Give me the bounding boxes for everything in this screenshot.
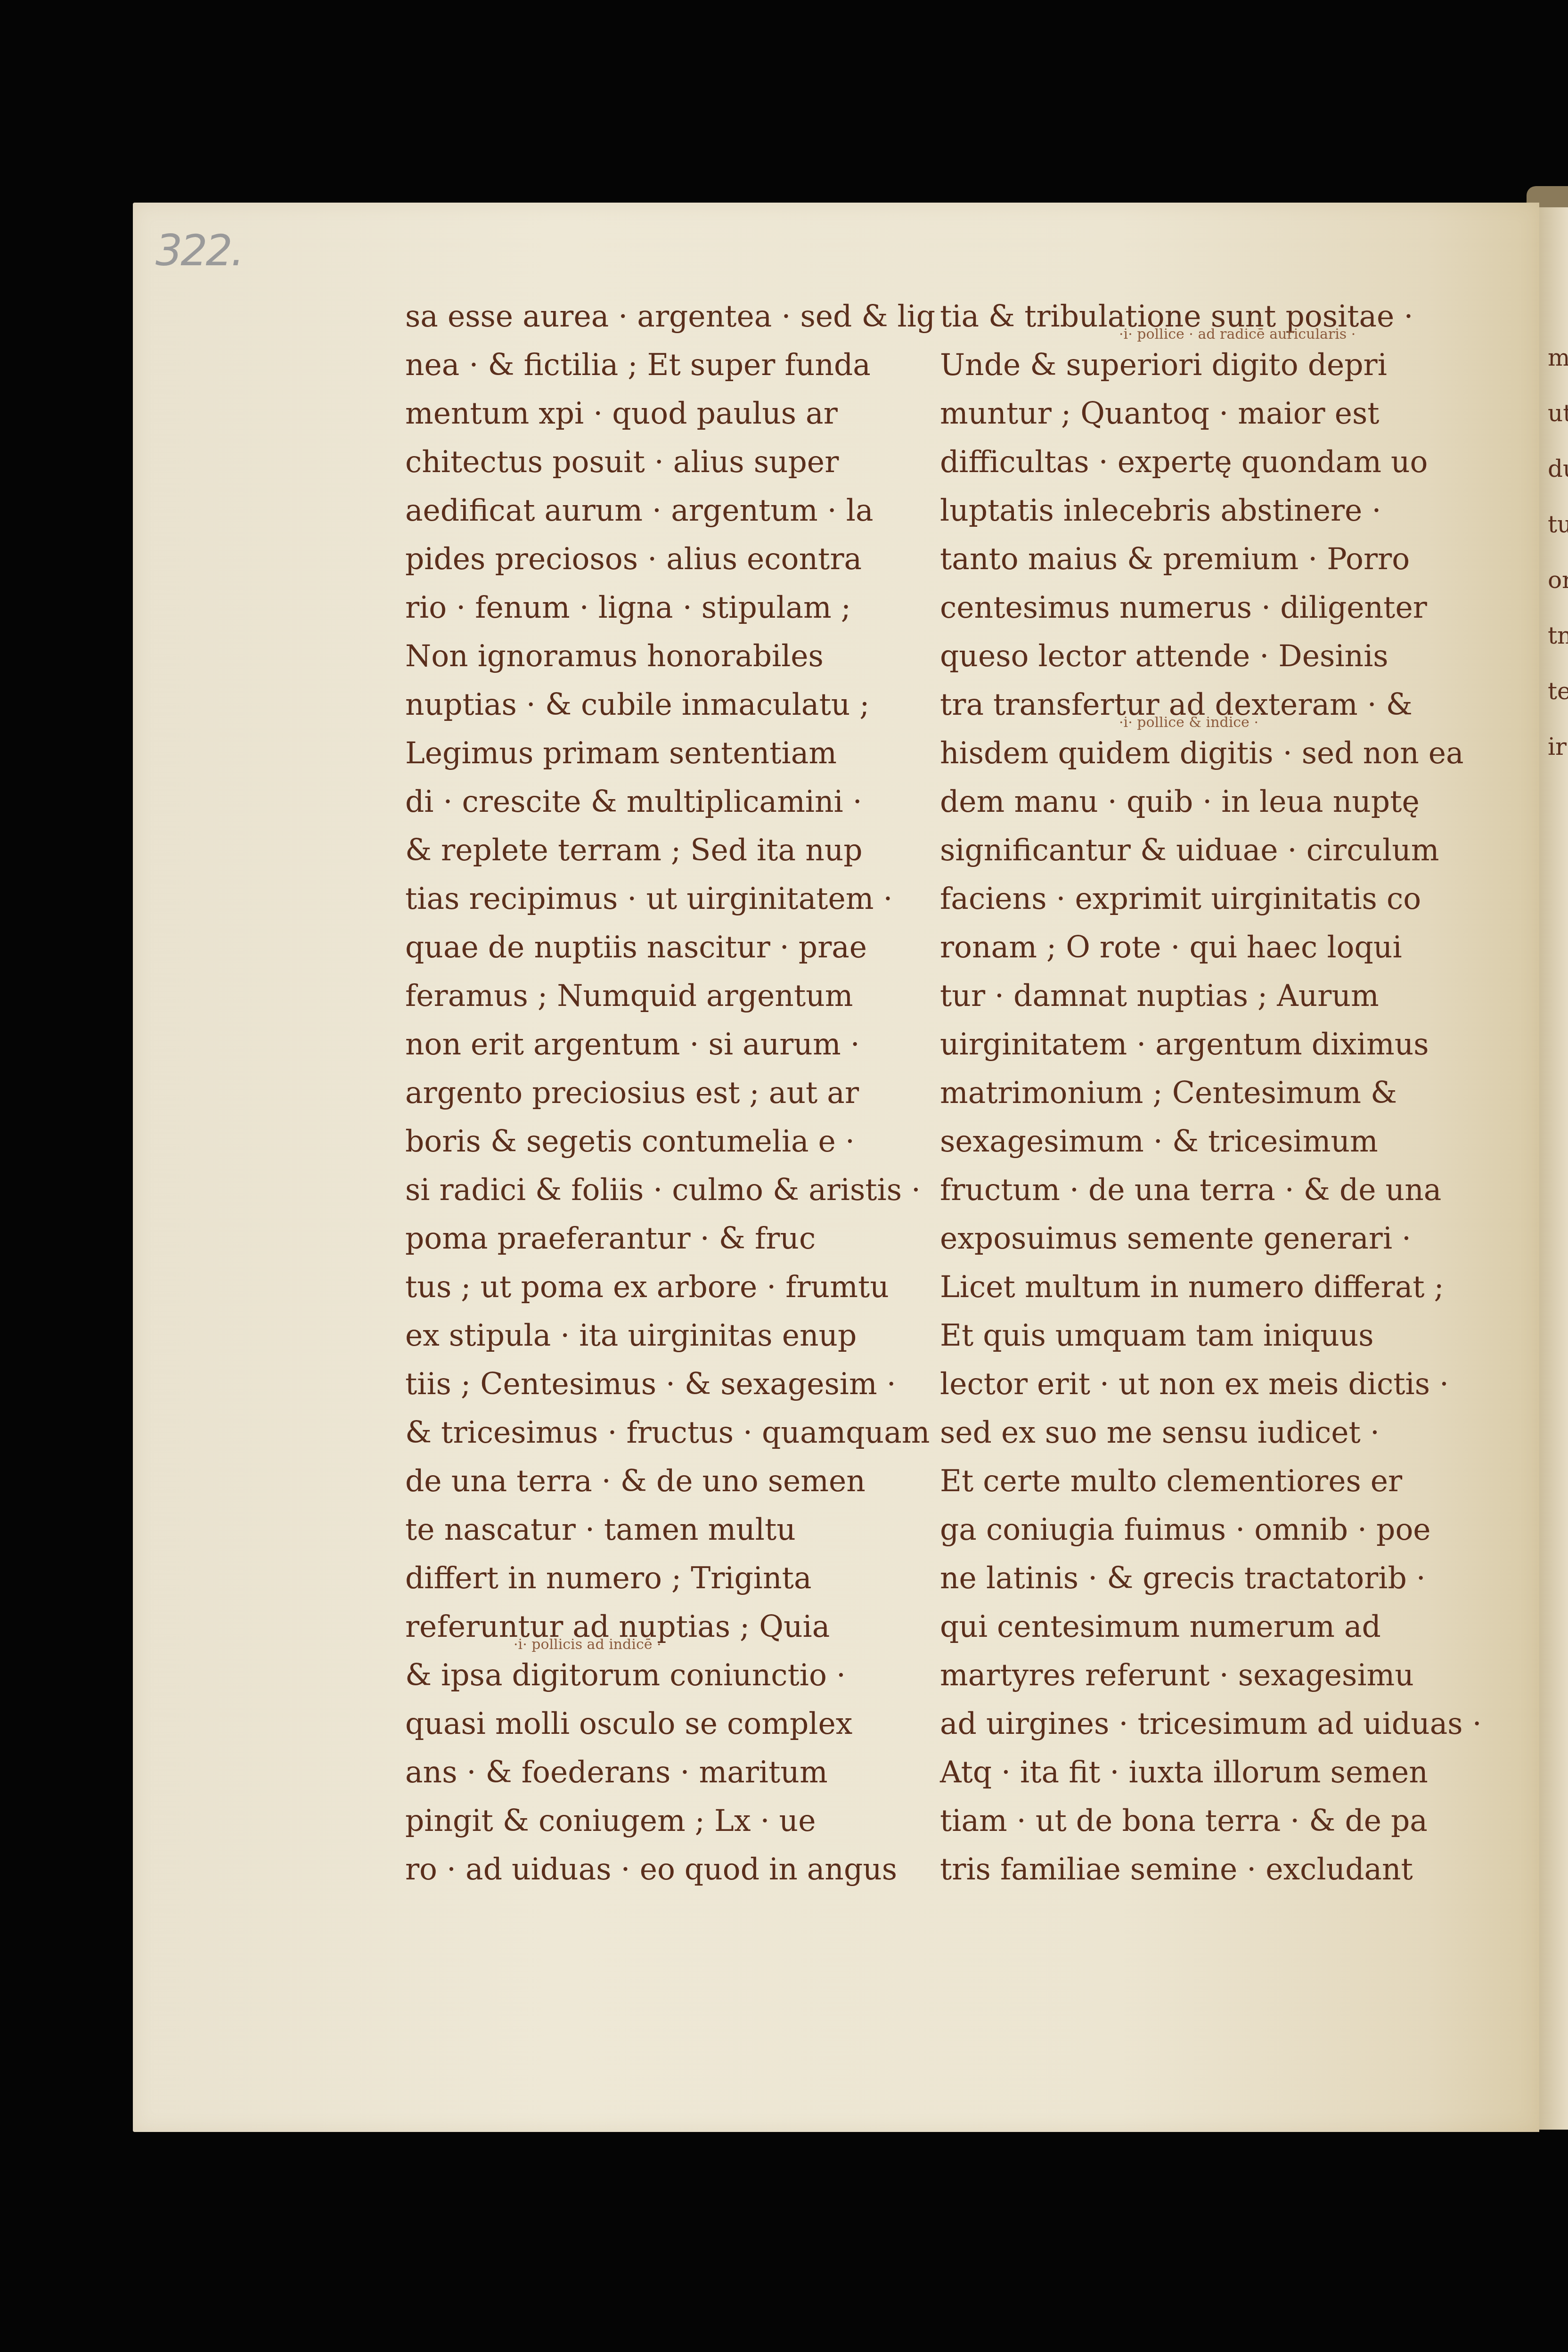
text-line: difficultas · expertę quondam uo <box>940 438 1463 486</box>
text-line: martyres referunt · sexagesimu <box>940 1651 1463 1699</box>
margin-fragment: te <box>1548 663 1568 719</box>
text-line: mentum xpi · quod paulus ar <box>405 389 905 438</box>
text-line: quae de nuptiis nascitur · prae <box>405 923 905 972</box>
text-line: significantur & uiduae · circulum <box>940 826 1463 874</box>
text-line: ex stipula · ita uirginitas enup <box>405 1311 905 1360</box>
text-line: quasi molli osculo se complex <box>405 1699 905 1748</box>
text-line: tur · damnat nuptias ; Aurum <box>940 972 1463 1020</box>
text-line: aedificat aurum · argentum · la <box>405 486 905 535</box>
text-line: tris familiae semine · excludant <box>940 1845 1463 1894</box>
text-line: si radici & foliis · culmo & aristis · <box>405 1166 905 1214</box>
margin-fragment: m <box>1548 330 1568 385</box>
text-line: & tricesimus · fructus · quamquam <box>405 1408 905 1457</box>
text-line: uirginitatem · argentum diximus <box>940 1020 1463 1069</box>
text-line: te nascatur · tamen multu <box>405 1505 905 1554</box>
text-line: hisdem quidem digitis · sed non ea <box>940 729 1463 777</box>
text-line: pides preciosos · alius econtra <box>405 535 905 583</box>
margin-fragment: du <box>1548 441 1568 497</box>
margin-fragment: or <box>1548 552 1568 608</box>
text-line: tus ; ut poma ex arbore · frumtu <box>405 1263 905 1311</box>
text-line: sed ex suo me sensu iudicet · <box>940 1408 1463 1457</box>
text-line: feramus ; Numquid argentum <box>405 972 905 1020</box>
text-line: luptatis inlecebris abstinere · <box>940 486 1463 535</box>
text-line: qui centesimum numerum ad <box>940 1602 1463 1651</box>
text-line: non erit argentum · si aurum · <box>405 1020 905 1069</box>
text-line: argento preciosius est ; aut ar <box>405 1069 905 1117</box>
text-line: ne latinis · & grecis tractatorib · <box>940 1554 1463 1602</box>
text-line: exposuimus semente generari · <box>940 1214 1463 1263</box>
text-line: queso lector attende · Desinis <box>940 632 1463 680</box>
text-line: matrimonium ; Centesimum & <box>940 1069 1463 1117</box>
text-line: nea · & fictilia ; Et super funda <box>405 341 905 389</box>
text-line: lector erit · ut non ex meis dictis · <box>940 1360 1463 1408</box>
text-line: tanto maius & premium · Porro <box>940 535 1463 583</box>
text-line: ro · ad uiduas · eo quod in angus <box>405 1845 905 1894</box>
text-line: Non ignoramus honorabiles <box>405 632 905 680</box>
text-line: rio · fenum · ligna · stipulam ; <box>405 583 905 632</box>
text-line: & ipsa digitorum coniunctio · <box>405 1651 905 1699</box>
text-line: ronam ; O rote · qui haec loqui <box>940 923 1463 972</box>
text-line: ad uirgines · tricesimum ad uiduas · <box>940 1699 1463 1748</box>
text-line: & replete terram ; Sed ita nup <box>405 826 905 874</box>
text-line: poma praeferantur · & fruc <box>405 1214 905 1263</box>
text-line: de una terra · & de uno semen <box>405 1457 905 1505</box>
margin-fragment: ir <box>1548 719 1568 775</box>
folio-number: 322. <box>155 226 242 276</box>
text-line: dem manu · quib · in leua nuptę <box>940 777 1463 826</box>
margin-fragment: ut <box>1548 385 1568 441</box>
margin-fragment: tn <box>1548 608 1568 663</box>
text-line: Et certe multo clementiores er <box>940 1457 1463 1505</box>
interlinear-gloss: ·i· pollicis ad indicē · <box>514 1638 661 1652</box>
text-line: Unde & superiori digito depri <box>940 341 1463 389</box>
text-line: di · crescite & multiplicamini · <box>405 777 905 826</box>
text-line: tiam · ut de bona terra · & de pa <box>940 1797 1463 1845</box>
text-line: ans · & foederans · maritum <box>405 1748 905 1797</box>
margin-fragment: tu <box>1548 497 1568 552</box>
interlinear-gloss: ·i· pollice · ad radicē auricularis · <box>1119 327 1356 342</box>
text-line: Et quis umquam tam iniquus <box>940 1311 1463 1360</box>
left-column: sa esse aurea · argentea · sed & lignea … <box>405 292 905 1894</box>
facing-page-margin-text: mutdutuortnteir <box>1548 330 1568 775</box>
right-column: tia & tribulatione sunt positae ·Unde & … <box>940 292 1463 1894</box>
text-line: muntur ; Quantoq · maior est <box>940 389 1463 438</box>
text-line: pingit & coniugem ; Lx · ue <box>405 1797 905 1845</box>
text-line: centesimus numerus · diligenter <box>940 583 1463 632</box>
text-line: tias recipimus · ut uirginitatem · <box>405 874 905 923</box>
text-line: Licet multum in numero differat ; <box>940 1263 1463 1311</box>
text-line: differt in numero ; Triginta <box>405 1554 905 1602</box>
text-line: fructum · de una terra · & de una <box>940 1166 1463 1214</box>
text-line: sa esse aurea · argentea · sed & lig <box>405 292 905 341</box>
text-line: nuptias · & cubile inmaculatu ; <box>405 680 905 729</box>
text-line: chitectus posuit · alius super <box>405 438 905 486</box>
text-line: Atq · ita fit · iuxta illorum semen <box>940 1748 1463 1797</box>
text-line: sexagesimum · & tricesimum <box>940 1117 1463 1166</box>
text-line: tiis ; Centesimus · & sexagesim · <box>405 1360 905 1408</box>
text-line: boris & segetis contumelia e · <box>405 1117 905 1166</box>
interlinear-gloss: ·i· pollice & indice · <box>1119 716 1258 730</box>
text-line: ga coniugia fuimus · omnib · poe <box>940 1505 1463 1554</box>
text-line: Legimus primam sententiam <box>405 729 905 777</box>
text-line: faciens · exprimit uirginitatis co <box>940 874 1463 923</box>
